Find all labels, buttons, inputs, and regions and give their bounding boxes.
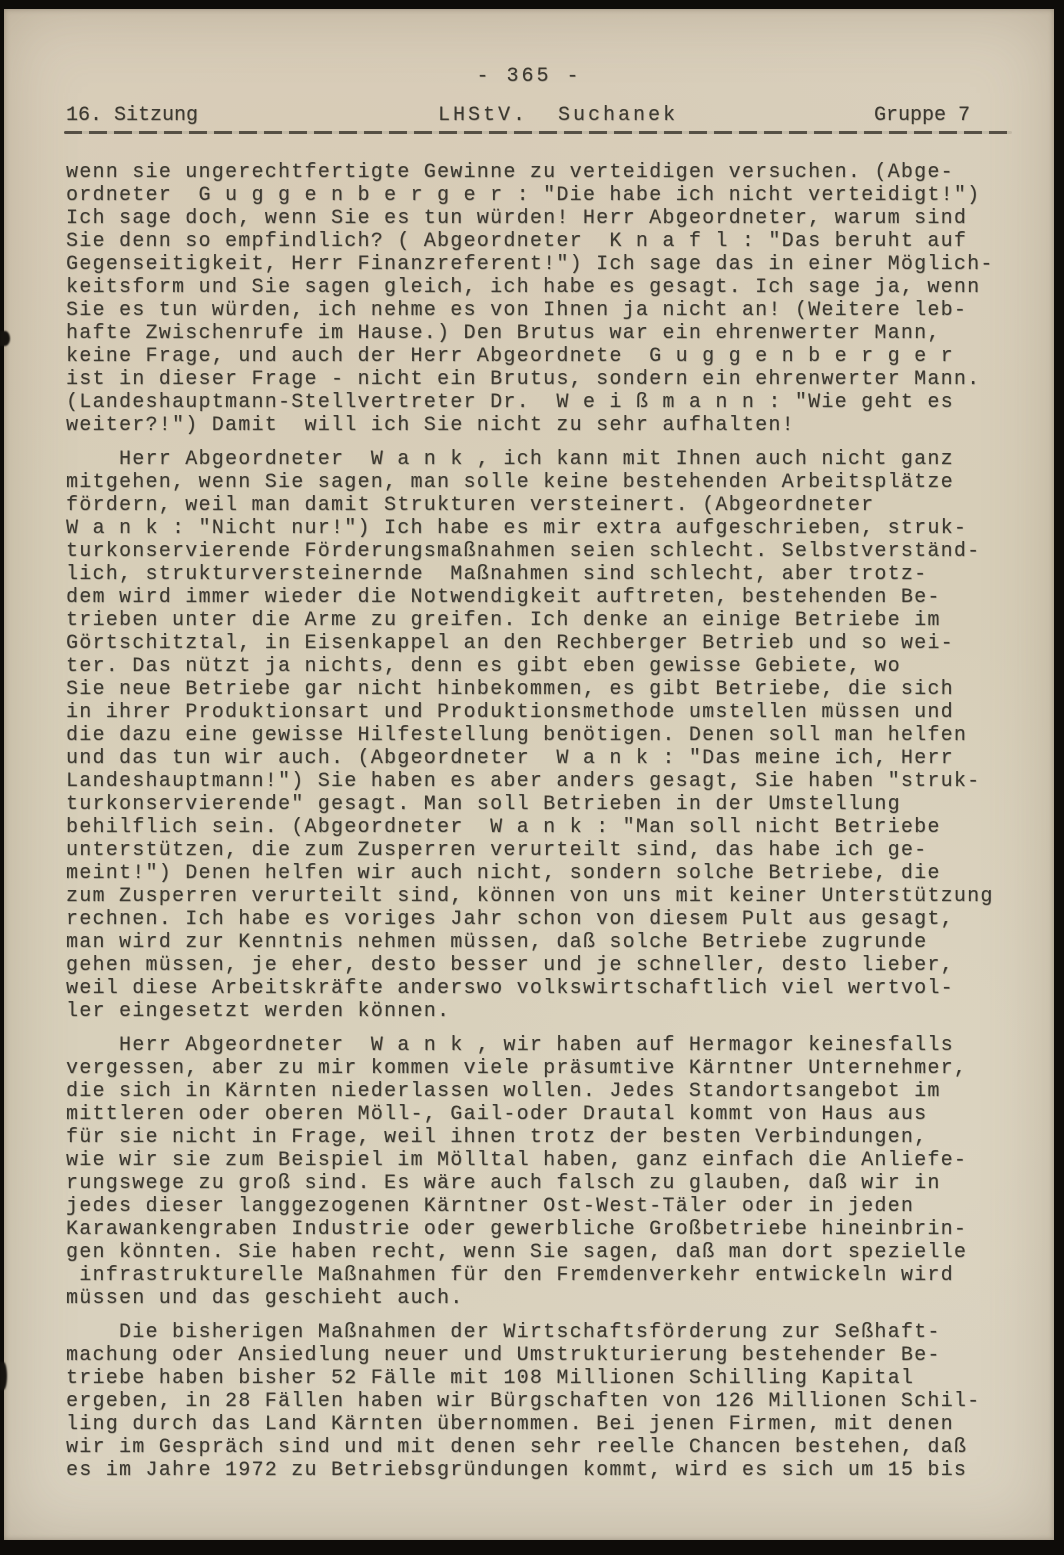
header-underline	[64, 131, 1012, 134]
page-header: 16. Sitzung LHStV. Suchanek Gruppe 7	[66, 103, 1008, 129]
group-label: Gruppe 7	[874, 103, 970, 129]
paragraph-2: Herr Abgeordneter W a n k , ich kann mit…	[66, 448, 1054, 1023]
paragraph-3: Herr Abgeordneter W a n k , wir haben au…	[66, 1034, 1054, 1310]
session-label: 16. Sitzung	[66, 103, 198, 129]
scanned-document-page: - 365 - 16. Sitzung LHStV. Suchanek Grup…	[0, 0, 1064, 1555]
ink-speck	[0, 331, 10, 346]
ink-speck	[0, 1362, 7, 1390]
paragraph-4: Die bisherigen Maßnahmen der Wirtschafts…	[66, 1321, 1054, 1482]
speaker-label: LHStV. Suchanek	[438, 103, 678, 129]
page-body: wenn sie ungerechtfertigte Gewinne zu ve…	[66, 161, 1054, 1482]
paper: - 365 - 16. Sitzung LHStV. Suchanek Grup…	[4, 9, 1054, 1540]
page-number: - 365 -	[4, 65, 1054, 89]
paragraph-1: wenn sie ungerechtfertigte Gewinne zu ve…	[66, 161, 1054, 437]
